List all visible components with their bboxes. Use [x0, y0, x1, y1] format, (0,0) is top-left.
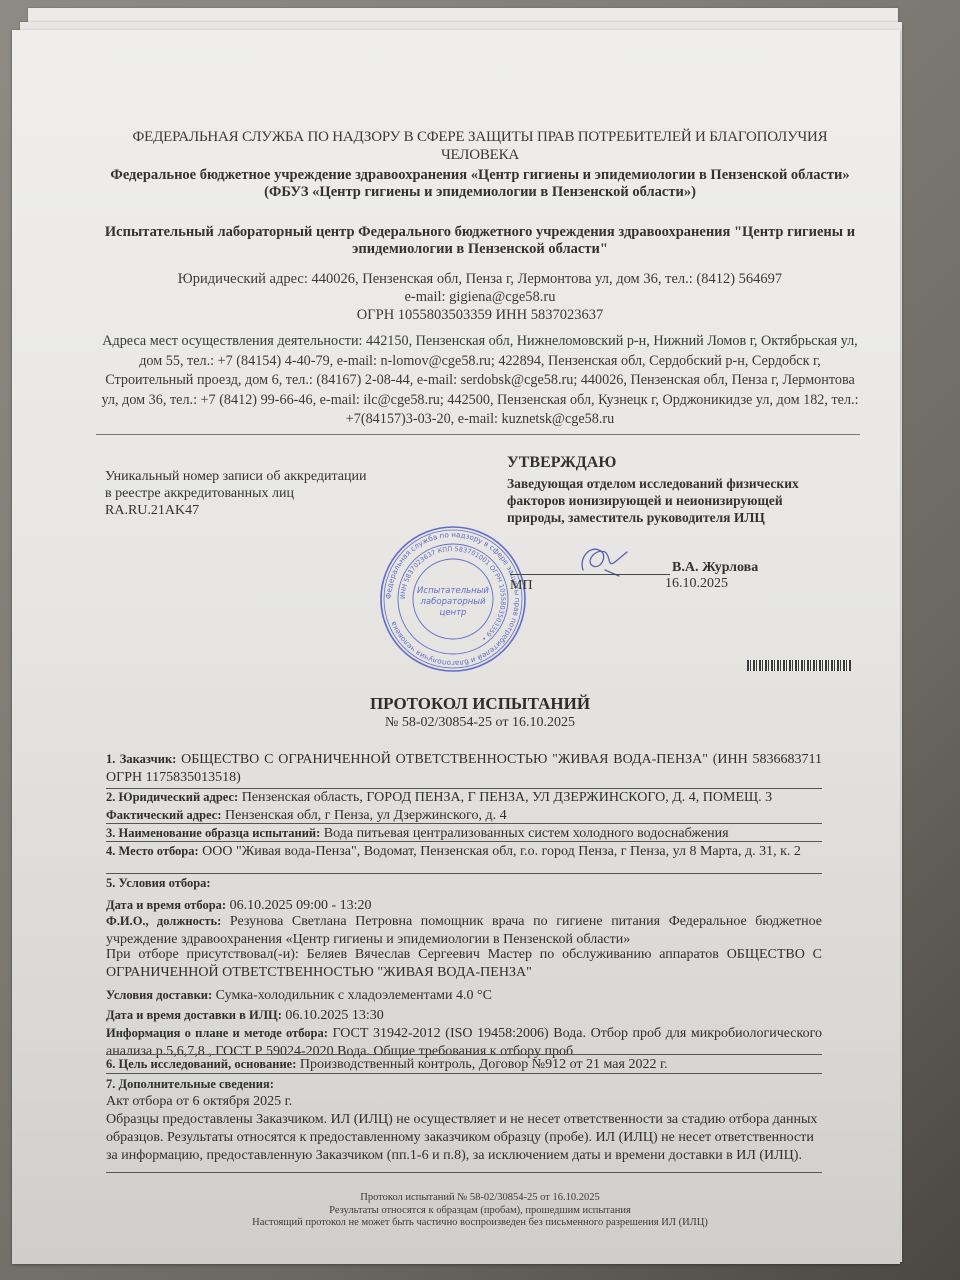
delivery-datetime-label: Дата и время доставки в ИЛЦ: — [106, 1008, 282, 1022]
approval-heading: УТВЕРЖДАЮ — [507, 453, 827, 473]
section-legal-address: 2. Юридический адрес: Пензенская область… — [106, 788, 822, 807]
signer-name: В.А. Журлова — [672, 560, 758, 576]
sampling-datetime-label: Дата и время отбора: — [106, 898, 226, 912]
delivery-conditions-label: Условия доставки: — [106, 988, 212, 1002]
approval-block: УТВЕРЖДАЮ Заведующая отделом исследовани… — [507, 453, 827, 526]
delivery-conditions-value: Сумка-холодильник с хладоэлементами 4.0 … — [216, 988, 492, 1003]
svg-text:лабораторный: лабораторный — [419, 597, 486, 607]
approval-date: 16.10.2025 — [665, 576, 728, 592]
delivery-conditions: Условия доставки: Сумка-холодильник с хл… — [106, 986, 822, 1005]
sampling-place-label: 4. Место отбора: — [106, 844, 199, 858]
sample-name-value: Вода питьевая централизованных систем хо… — [324, 826, 729, 841]
email: e-mail: gigiena@cge58.ru — [100, 288, 860, 306]
footer-line3: Настоящий протокол не может быть частичн… — [200, 1217, 760, 1230]
additional-label: 7. Дополнительные сведения: — [106, 1075, 822, 1093]
section-customer: 1. Заказчик: ОБЩЕСТВО С ОГРАНИЧЕННОЙ ОТВ… — [106, 750, 822, 787]
institution-full: Федеральное бюджетное учреждение здравоо… — [100, 167, 860, 184]
delivery-datetime: Дата и время доставки в ИЛЦ: 06.10.2025 … — [106, 1006, 822, 1025]
additional-note: Образцы предоставлены Заказчиком. ИЛ (ИЛ… — [106, 1111, 822, 1165]
barcode-icon — [747, 660, 851, 671]
ogrn-inn: ОГРН 1055803503359 ИНН 5837023637 — [100, 306, 860, 324]
sampling-conditions-label: 5. Условия отбора: — [106, 876, 211, 890]
activity-addresses: Адреса мест осуществления деятельности: … — [100, 332, 860, 430]
sampling-place-value: ООО "Живая вода-Пенза", Водомат, Пензенс… — [202, 844, 801, 859]
actual-address-label: Фактический адрес: — [106, 808, 222, 822]
sampling-datetime-value: 06.10.2025 09:00 - 13:20 — [230, 898, 372, 913]
purpose-value: Производственный контроль, Договор №912 … — [300, 1057, 668, 1072]
agency-name: ФЕДЕРАЛЬНАЯ СЛУЖБА ПО НАДЗОРУ В СФЕРЕ ЗА… — [100, 128, 860, 164]
section-sampling-conditions: 5. Условия отбора: — [106, 874, 822, 893]
section-sampling-place: 4. Место отбора: ООО "Живая вода-Пенза",… — [106, 842, 822, 861]
legal-address-label: 2. Юридический адрес: — [106, 790, 238, 804]
institution-short: (ФБУЗ «Центр гигиены и эпидемиологии в П… — [100, 184, 860, 201]
protocol-number: № 58-02/30854-25 от 16.10.2025 — [100, 714, 860, 731]
accreditation-line1: Уникальный номер записи об аккредитации — [105, 468, 425, 485]
institution-name: Федеральное бюджетное учреждение здравоо… — [100, 167, 860, 201]
section-additional: 7. Дополнительные сведения: Акт отбора о… — [106, 1075, 822, 1165]
approver-position: Заведующая отделом исследований физическ… — [507, 475, 827, 526]
protocol-title: ПРОТОКОЛ ИСПЫТАНИЙ — [100, 694, 860, 714]
lab-center-name: Испытательный лабораторный центр Федерал… — [100, 224, 860, 258]
legal-address: Юридический адрес: 440026, Пензенская об… — [100, 270, 860, 288]
actual-address-value: Пензенская обл, г Пенза, ул Дзержинского… — [225, 808, 507, 823]
footer-line2: Результаты относятся к образцам (пробам)… — [200, 1205, 760, 1218]
sampler-label: Ф.И.О., должность: — [106, 914, 221, 928]
delivery-datetime-value: 06.10.2025 13:30 — [285, 1008, 383, 1023]
legal-address-value: Пензенская область, ГОРОД ПЕНЗА, Г ПЕНЗА… — [242, 790, 772, 805]
signature-line — [510, 574, 670, 575]
stamp-icon: Федеральная служба по надзору в сфере за… — [378, 524, 528, 674]
accreditation-number: RA.RU.21AK47 — [105, 502, 425, 519]
sampling-method-label: Информация о плане и методе отбора: — [106, 1026, 328, 1040]
svg-text:Испытательный: Испытательный — [417, 586, 489, 596]
accreditation-line2: в реестре аккредитованных лиц — [105, 485, 425, 502]
sampling-present: При отборе присутствовал(-и): Беляев Вяч… — [106, 946, 822, 982]
sampler-person: Ф.И.О., должность: Резунова Светлана Пет… — [106, 912, 822, 949]
legal-contacts: Юридический адрес: 440026, Пензенская об… — [100, 270, 860, 324]
divider — [106, 1073, 822, 1074]
svg-text:центр: центр — [440, 608, 467, 618]
footer-line1: Протокол испытаний № 58-02/30854-25 от 1… — [200, 1192, 760, 1205]
header-divider — [96, 434, 860, 435]
sample-name-label: 3. Наименование образца испытаний: — [106, 826, 320, 840]
purpose-label: 6. Цель исследований, основание: — [106, 1057, 296, 1071]
page-footer: Протокол испытаний № 58-02/30854-25 от 1… — [200, 1192, 760, 1230]
sampling-act: Акт отбора от 6 октября 2025 г. — [106, 1093, 822, 1111]
accreditation-block: Уникальный номер записи об аккредитации … — [105, 468, 425, 519]
divider — [106, 1172, 822, 1173]
section-purpose: 6. Цель исследований, основание: Произво… — [106, 1055, 822, 1074]
customer-label: 1. Заказчик: — [106, 752, 176, 766]
customer-value: ОБЩЕСТВО С ОГРАНИЧЕННОЙ ОТВЕТСТВЕННОСТЬЮ… — [106, 752, 822, 785]
seal-mark: МП — [510, 578, 533, 594]
